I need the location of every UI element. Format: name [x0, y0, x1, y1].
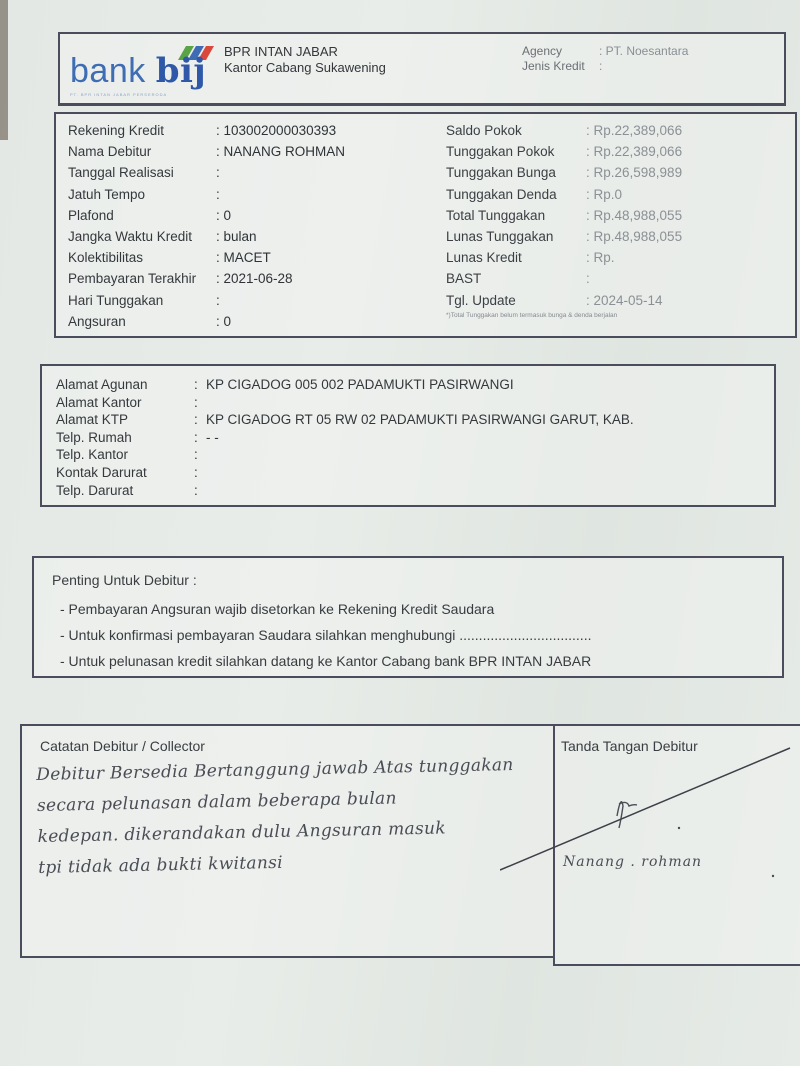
field-label: Pembayaran Terakhir [68, 268, 216, 289]
signed-name: Nanang . rohman [563, 854, 702, 870]
field-value: : 0 [216, 205, 231, 226]
field-value: : Rp. [586, 247, 615, 268]
notice-items: - Pembayaran Angsuran wajib disetorkan k… [60, 596, 591, 674]
bank-logo: bank bij PT. BPR INTAN JABAR PERSERODA [70, 46, 220, 94]
balance-field-row: Tunggakan Denda: Rp.0 [446, 184, 682, 205]
field-label: Jatuh Tempo [68, 184, 216, 205]
field-separator: : [194, 446, 206, 464]
field-value: : NANANG ROHMAN [216, 141, 345, 162]
agency-info: Agency : PT. Noesantara Jenis Kredit : [522, 44, 688, 74]
address-field-row: Telp. Kantor: [56, 446, 634, 464]
notes-title: Catatan Debitur / Collector [40, 738, 205, 754]
balance-field-row: Lunas Kredit: Rp. [446, 247, 682, 268]
credit-field-row: Plafond: 0 [68, 205, 345, 226]
field-label: Angsuran [68, 311, 216, 332]
document-page: bank bij PT. BPR INTAN JABAR PERSERODA B… [0, 0, 800, 1066]
address-field-row: Telp. Rumah: - - [56, 429, 634, 447]
balance-field-row: Tgl. Update: 2024-05-14 [446, 290, 682, 311]
field-label: Hari Tunggakan [68, 290, 216, 311]
handwritten-note: Debitur Bersedia Bertanggung jawab Atas … [36, 749, 558, 884]
field-value: : [586, 268, 590, 289]
field-value: - - [206, 429, 219, 447]
address-list: Alamat Agunan:KP CIGADOG 005 002 PADAMUK… [56, 376, 634, 499]
agency-label: Agency [522, 44, 599, 59]
field-label: Kontak Darurat [56, 464, 194, 482]
field-separator: : [194, 464, 206, 482]
field-separator: : [194, 394, 206, 412]
address-field-row: Alamat Kantor: [56, 394, 634, 412]
field-separator: : [194, 376, 206, 394]
notice-item: - Untuk pelunasan kredit silahkan datang… [60, 648, 591, 674]
notice-item: - Untuk konfirmasi pembayaran Saudara si… [60, 622, 591, 648]
field-label: Tunggakan Denda [446, 184, 586, 205]
field-separator: : [194, 429, 206, 447]
field-label: Lunas Kredit [446, 247, 586, 268]
balance-field-row: Saldo Pokok: Rp.22,389,066 [446, 120, 682, 141]
field-value: : 0 [216, 311, 231, 332]
balance-field-row: Lunas Tunggakan: Rp.48,988,055 [446, 226, 682, 247]
field-value: : 2021-06-28 [216, 268, 293, 289]
field-label: Tgl. Update [446, 290, 586, 311]
field-label: Tunggakan Bunga [446, 162, 586, 183]
notice-item: - Pembayaran Angsuran wajib disetorkan k… [60, 596, 591, 622]
field-value: : Rp.48,988,055 [586, 226, 682, 247]
field-label: Alamat KTP [56, 411, 194, 429]
collector-notes-box: Catatan Debitur / Collector Debitur Bers… [20, 724, 555, 958]
field-value: KP CIGADOG 005 002 PADAMUKTI PASIRWANGI [206, 376, 514, 394]
field-value: : [216, 290, 220, 311]
logo-wordmark: bank bij [70, 54, 206, 88]
logo-tagline: PT. BPR INTAN JABAR PERSERODA [70, 92, 167, 97]
field-value: : Rp.22,389,066 [586, 141, 682, 162]
jenis-kredit-value: : [599, 59, 602, 74]
field-value: KP CIGADOG RT 05 RW 02 PADAMUKTI PASIRWA… [206, 411, 634, 429]
field-label: Saldo Pokok [446, 120, 586, 141]
field-value: : Rp.48,988,055 [586, 205, 682, 226]
field-label: Jangka Waktu Kredit [68, 226, 216, 247]
credit-field-row: Hari Tunggakan: [68, 290, 345, 311]
field-value: : Rp.0 [586, 184, 622, 205]
credit-field-row: Jangka Waktu Kredit: bulan [68, 226, 345, 247]
credit-field-row: Pembayaran Terakhir: 2021-06-28 [68, 268, 345, 289]
credit-field-row: Kolektibilitas: MACET [68, 247, 345, 268]
credit-field-row: Rekening Kredit: 103002000030393 [68, 120, 345, 141]
address-field-row: Telp. Darurat: [56, 482, 634, 500]
field-value: : MACET [216, 247, 271, 268]
field-label: Telp. Rumah [56, 429, 194, 447]
field-label: Alamat Kantor [56, 394, 194, 412]
field-separator: : [194, 482, 206, 500]
balance-field-row: BAST: [446, 268, 682, 289]
field-label: Lunas Tunggakan [446, 226, 586, 247]
credit-field-row: Nama Debitur: NANANG ROHMAN [68, 141, 345, 162]
field-label: Telp. Kantor [56, 446, 194, 464]
field-label: BAST [446, 268, 586, 289]
field-value: : bulan [216, 226, 257, 247]
header-box: bank bij PT. BPR INTAN JABAR PERSERODA B… [58, 32, 786, 106]
field-label: Tanggal Realisasi [68, 162, 216, 183]
debtor-notice-box: Penting Untuk Debitur : - Pembayaran Ang… [32, 556, 784, 678]
credit-info-left: Rekening Kredit: 103002000030393Nama Deb… [68, 120, 345, 332]
address-field-row: Kontak Darurat: [56, 464, 634, 482]
jenis-kredit-label: Jenis Kredit [522, 59, 599, 74]
credit-field-row: Tanggal Realisasi: [68, 162, 345, 183]
field-value: : 2024-05-14 [586, 290, 663, 311]
field-value: : 103002000030393 [216, 120, 336, 141]
credit-info-right: Saldo Pokok: Rp.22,389,066Tunggakan Poko… [446, 120, 682, 311]
credit-field-row: Angsuran: 0 [68, 311, 345, 332]
field-value: : [216, 184, 220, 205]
field-label: Plafond [68, 205, 216, 226]
field-label: Kolektibilitas [68, 247, 216, 268]
bank-name: BPR INTAN JABAR [224, 44, 386, 60]
branch-name: Kantor Cabang Sukawening [224, 60, 386, 76]
field-label: Rekening Kredit [68, 120, 216, 141]
agency-value: : PT. Noesantara [599, 44, 688, 59]
address-field-row: Alamat Agunan:KP CIGADOG 005 002 PADAMUK… [56, 376, 634, 394]
signature-box: Tanda Tangan Debitur Nanang . rohman [553, 724, 800, 966]
address-box: Alamat Agunan:KP CIGADOG 005 002 PADAMUK… [40, 364, 776, 507]
balance-field-row: Total Tunggakan: Rp.48,988,055 [446, 205, 682, 226]
notice-title: Penting Untuk Debitur : [52, 572, 197, 588]
signature-scribble-icon [555, 726, 800, 906]
field-label: Nama Debitur [68, 141, 216, 162]
credit-info-box: Rekening Kredit: 103002000030393Nama Deb… [54, 112, 797, 338]
field-label: Telp. Darurat [56, 482, 194, 500]
field-label: Total Tunggakan [446, 205, 586, 226]
field-value: : Rp.22,389,066 [586, 120, 682, 141]
bank-title: BPR INTAN JABAR Kantor Cabang Sukawening [224, 44, 386, 76]
field-value: : Rp.26,598,989 [586, 162, 682, 183]
arrears-footnote: *)Total Tunggakan belum termasuk bunga &… [446, 312, 617, 319]
balance-field-row: Tunggakan Bunga: Rp.26,598,989 [446, 162, 682, 183]
field-label: Tunggakan Pokok [446, 141, 586, 162]
field-label: Alamat Agunan [56, 376, 194, 394]
field-value: : [216, 162, 220, 183]
field-separator: : [194, 411, 206, 429]
address-field-row: Alamat KTP:KP CIGADOG RT 05 RW 02 PADAMU… [56, 411, 634, 429]
balance-field-row: Tunggakan Pokok: Rp.22,389,066 [446, 141, 682, 162]
credit-field-row: Jatuh Tempo: [68, 184, 345, 205]
